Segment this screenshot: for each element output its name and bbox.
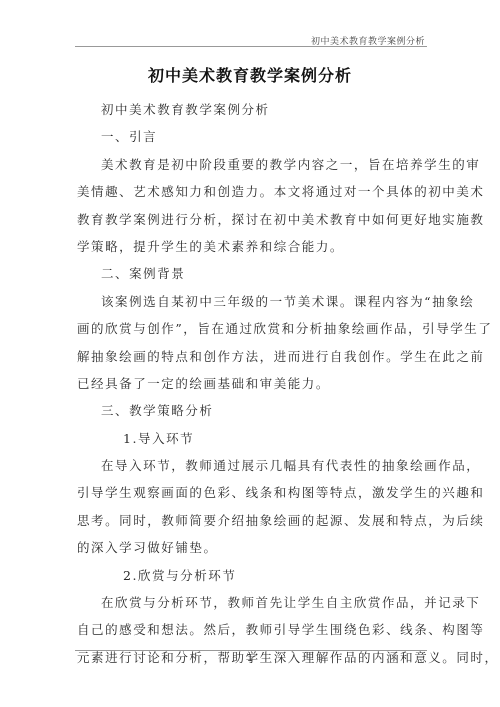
text-line: 学策略，提升学生的美术素养和综合能力。	[77, 233, 431, 260]
text-line: 美情趣、艺术感知力和创造力。本文将通过对一个具体的初中美术	[77, 178, 431, 205]
document-page: 初中美术教育教学案例分析 初中美术教育教学案例分析 初中美术教育教学案例分析 一…	[0, 0, 500, 707]
section-heading: 三、教学策略分析	[77, 397, 431, 424]
footer-divider	[75, 650, 427, 651]
text-line: 在导入环节，教师通过展示几幅具有代表性的抽象绘画作品，	[77, 452, 431, 479]
text-line: 该案例选自某初中三年级的一节美术课。课程内容为“抽象绘	[77, 288, 431, 315]
text-line: 美术教育是初中阶段重要的教学内容之一，旨在培养学生的审	[77, 151, 431, 178]
text-line: 教育教学案例进行分析，探讨在初中美术教育中如何更好地实施教	[77, 206, 431, 233]
section-heading: 一、引言	[77, 123, 431, 150]
text-line: 思考。同时，教师简要介绍抽象绘画的起源、发展和特点，为后续	[77, 507, 431, 534]
text-line: 已经具备了一定的绘画基础和审美能力。	[77, 370, 431, 397]
text-line: 引导学生观察画面的色彩、线条和构图等特点，激发学生的兴趣和	[77, 479, 431, 506]
subsection-heading: 1.导入环节	[77, 425, 431, 452]
section-heading: 二、案例背景	[77, 260, 431, 287]
subsection-heading: 2.欣赏与分析环节	[77, 562, 431, 589]
page-number: 1	[0, 653, 500, 664]
text-line: 自己的感受和想法。然后，教师引导学生围绕色彩、线条、构图等	[77, 616, 431, 643]
text-line: 解抽象绘画的特点和创作方法，进而进行自我创作。学生在此之前	[77, 343, 431, 370]
text-line: 画的欣赏与创作”，旨在通过欣赏和分析抽象绘画作品，引导学生了	[77, 315, 431, 342]
header-divider	[75, 46, 427, 47]
text-line: 初中美术教育教学案例分析	[77, 96, 431, 123]
document-title: 初中美术教育教学案例分析	[0, 63, 500, 86]
document-body: 初中美术教育教学案例分析 一、引言 美术教育是初中阶段重要的教学内容之一，旨在培…	[77, 96, 431, 671]
text-line: 的深入学习做好铺垫。	[77, 534, 431, 561]
text-line: 在欣赏与分析环节，教师首先让学生自主欣赏作品，并记录下	[77, 589, 431, 616]
